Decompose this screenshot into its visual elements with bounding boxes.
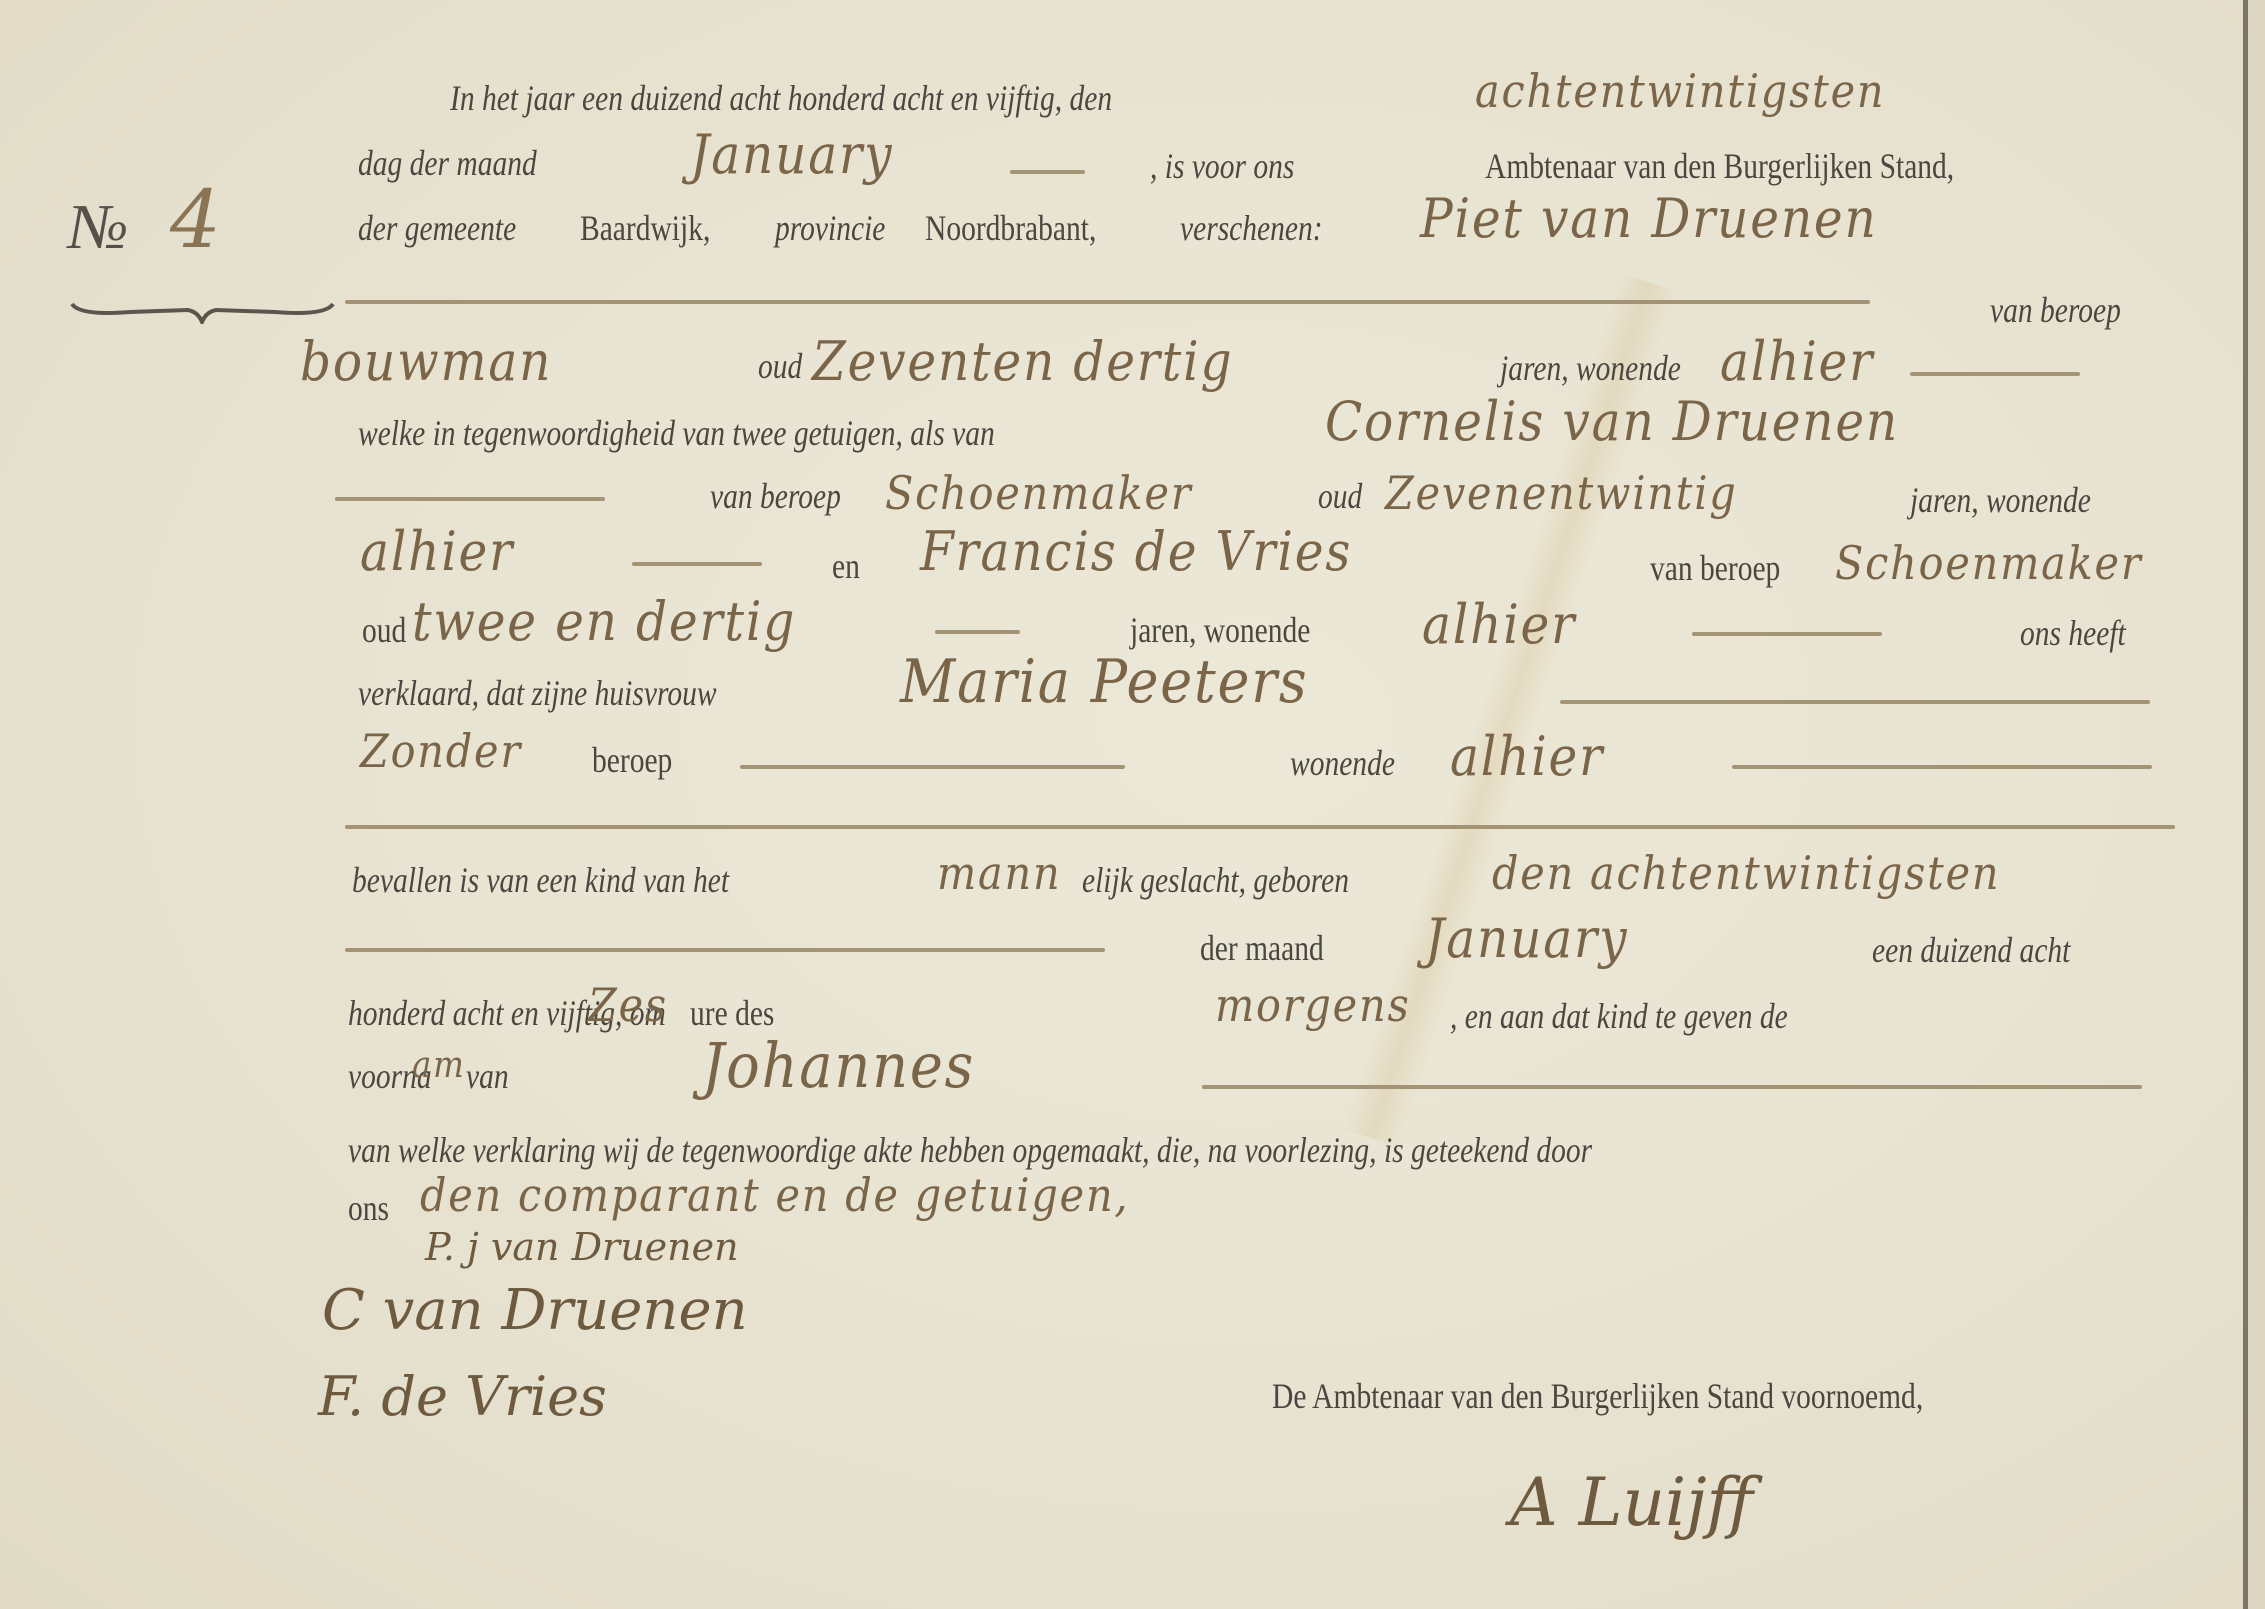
r12-rule [345, 825, 2175, 829]
r8-print-b: van beroep [1650, 550, 1780, 586]
r3-handwritten-declarant: Piet van Druenen [1420, 192, 1878, 246]
r3-print-c: provincie [775, 210, 885, 246]
r18-handwritten: den comparant en de getuigen, [420, 1172, 1129, 1218]
r3-print-a: der gemeente [358, 210, 516, 246]
r10-rule [1560, 700, 2150, 704]
r8-dash [632, 562, 762, 566]
r13-handwritten-sex: mann [937, 850, 1061, 896]
r2-print-a: dag der maand [358, 145, 537, 181]
r3-print-d: Noordbrabant, [925, 210, 1096, 246]
r2-handwritten-month: January [690, 128, 893, 182]
r9-print-b: jaren, wonende [1130, 612, 1310, 648]
r5-handwritten-residence: alhier [1720, 335, 1874, 389]
r16-print-b: van [466, 1058, 509, 1094]
r1-handwritten-day: achtentwintigsten [1475, 68, 1885, 114]
r14-handwritten-month: January [1425, 912, 1628, 966]
r15-print-b: ure des [690, 995, 774, 1031]
r10-handwritten-mother: Maria Peeters [900, 652, 1308, 712]
r7-handwritten-occupation: Schoenmaker [885, 470, 1192, 516]
r5-print-a: oud [758, 348, 802, 384]
next-page-edge [2248, 0, 2265, 1609]
r13-handwritten-birth-day: den achtentwintigsten [1492, 850, 2000, 896]
r2-print-b-italic: , is voor ons [1150, 148, 1294, 184]
r7-dash [335, 497, 605, 501]
document-page: № 4 In het jaar een duizend acht honderd… [0, 0, 2265, 1609]
r7-print-b: oud [1318, 478, 1362, 514]
r16-rule [1202, 1085, 2142, 1089]
r4-rule [345, 300, 1870, 304]
r8-handwritten-witness2: Francis de Vries [920, 525, 1352, 579]
r7-print-c: jaren, wonende [1910, 482, 2091, 518]
r14-rule [345, 948, 1105, 952]
r9-handwritten-residence: alhier [1422, 598, 1576, 652]
r11-rule-a [740, 765, 1125, 769]
signature-witness1: C van Druenen [322, 1283, 748, 1339]
r11-print-b: wonende [1290, 745, 1395, 781]
r6-handwritten-witness1: Cornelis van Druenen [1325, 395, 1899, 449]
r9-dash-b [1692, 632, 1882, 636]
r8-handwritten-occupation: Schoenmaker [1835, 540, 2142, 586]
r16-handwritten-a: am [412, 1048, 466, 1084]
r11-print-a: beroep [592, 742, 672, 778]
r7-handwritten-age: Zevenentwintig [1385, 470, 1738, 516]
r2-print-b: Ambtenaar van den Burgerlijken Stand, [1485, 148, 1954, 184]
r9-print-c: ons heeft [2020, 615, 2126, 651]
r13-print-a: bevallen is van een kind van het [352, 862, 729, 898]
record-number-label: № [68, 195, 128, 259]
r11-handwritten-occupation: Zonder [360, 728, 522, 774]
r10-print: verklaard, dat zijne huisvrouw [358, 675, 717, 711]
r5-dash [1910, 372, 2080, 376]
r9-handwritten-age: twee en dertig [412, 595, 796, 649]
r6-print: welke in tegenwoordigheid van twee getui… [358, 415, 995, 451]
r11-handwritten-residence: alhier [1450, 730, 1604, 784]
r9-print-a: oud [362, 612, 406, 648]
record-number-value: 4 [170, 180, 221, 260]
r3-print-b: Baardwijk, [580, 210, 710, 246]
brace-ornament-icon [70, 298, 335, 324]
r2-dash [1010, 170, 1085, 174]
r15-print-c: , en aan dat kind te geven de [1450, 998, 1788, 1034]
r15-handwritten-hour: Zes [588, 982, 668, 1028]
signature-declarant: P. j van Druenen [425, 1228, 739, 1266]
r11-rule-b [1732, 765, 2152, 769]
r9-dash-a [935, 630, 1020, 634]
r7-print-a: van beroep [710, 478, 841, 514]
r17-print: van welke verklaring wij de tegenwoordig… [348, 1132, 1592, 1168]
r1-print: In het jaar een duizend acht honderd ach… [450, 80, 1112, 116]
r5-handwritten-occupation: bouwman [300, 335, 552, 389]
r13-print-b: elijk geslacht, geboren [1082, 862, 1349, 898]
r4-print: van beroep [1990, 292, 2121, 328]
r5-print-b: jaren, wonende [1500, 350, 1681, 386]
r16-handwritten-child-name: Johannes [702, 1035, 975, 1097]
r14-print-b: een duizend acht [1872, 932, 2070, 968]
signature-witness2: F. de Vries [318, 1370, 607, 1424]
r8-print-a: en [832, 548, 860, 584]
r8-handwritten-residence: alhier [360, 525, 514, 579]
r15-handwritten-time-of-day: morgens [1215, 982, 1410, 1028]
r3-print-e: verschenen: [1180, 210, 1323, 246]
r14-print-a: der maand [1200, 930, 1324, 966]
book-binding-edge [2243, 0, 2248, 1609]
r5-handwritten-age: Zeventen dertig [812, 335, 1233, 389]
r18-print: ons [348, 1190, 389, 1226]
official-caption: De Ambtenaar van den Burgerlijken Stand … [1272, 1378, 1923, 1414]
signature-official: A Luijff [1510, 1470, 1753, 1536]
